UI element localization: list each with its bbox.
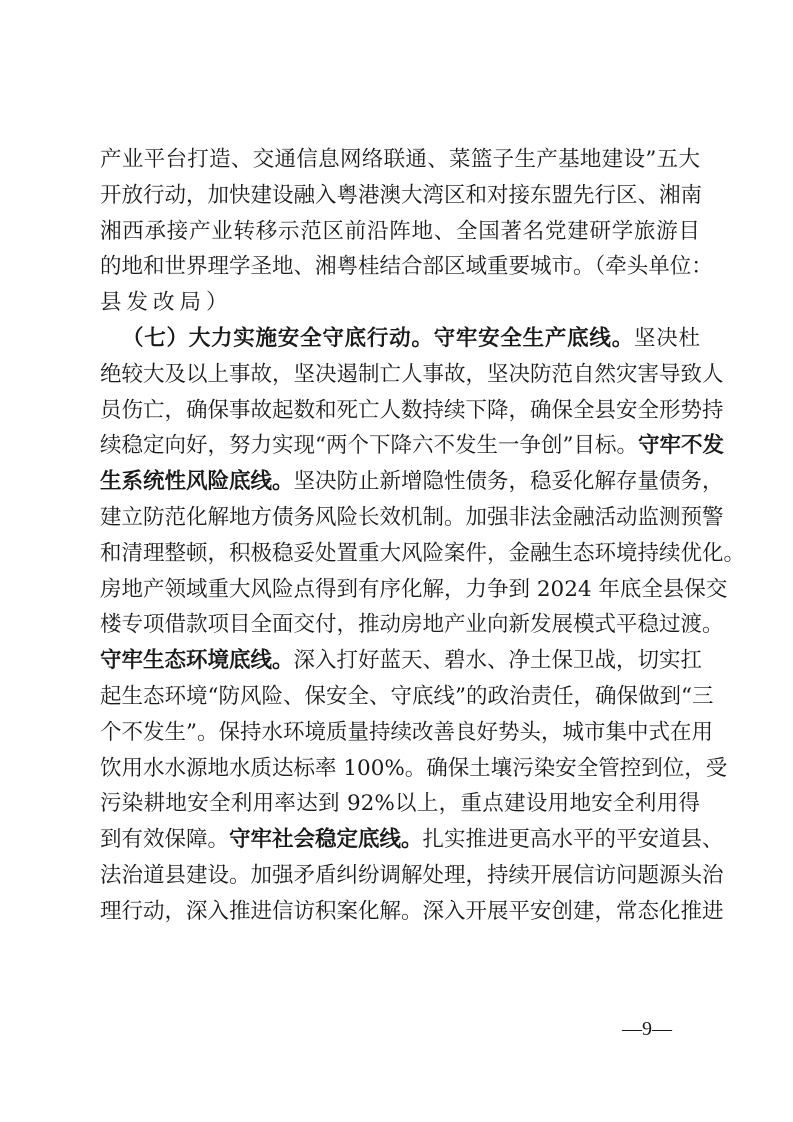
text-line: 湘西承接产业转移示范区前沿阵地、全国著名党建研学旅游目 bbox=[100, 214, 700, 250]
text-line: 续稳定向好，努力实现“两个下降六不发生一争创”目标。守牢不发 bbox=[100, 428, 700, 464]
text-line: 开放行动，加快建设融入粤港澳大湾区和对接东盟先行区、湘南 bbox=[100, 178, 700, 214]
text-run: 坚决防止新增隐性债务，稳妥化解存量债务， bbox=[294, 469, 724, 494]
text-line: 的地和世界理学圣地、湘粤桂结合部区域重要城市。（牵头单位： bbox=[100, 249, 700, 285]
text-line: 个不发生”。保持水环境质量持续改善良好势头，城市集中式在用 bbox=[100, 715, 700, 751]
text-line: 建立防范化解地方债务风险长效机制。加强非法金融活动监测预警 bbox=[100, 500, 700, 536]
text-line: 绝较大及以上事故，坚决遏制亡人事故，坚决防范自然灾害导致人 bbox=[100, 357, 700, 393]
text-line: 到有效保障。守牢社会稳定底线。扎实推进更高水平的平安道县、 bbox=[100, 822, 700, 858]
bold-heading: 守牢社会稳定底线。 bbox=[229, 827, 423, 852]
text-line: 和清理整顿，积极稳妥处置重大风险案件，金融生态环境持续优化。 bbox=[100, 536, 700, 572]
page-number: —9— bbox=[622, 1018, 672, 1041]
text-line: 理行动，深入推进信访积案化解。深入开展平安创建，常态化推进 bbox=[100, 894, 700, 930]
section-heading: （七）大力实施安全守底行动。守牢安全生产底线。 bbox=[122, 326, 634, 351]
text-run: 深入打好蓝天、碧水、净土保卫战，切实扛 bbox=[294, 648, 703, 673]
text-line: 起生态环境“防风险、保安全、守底线”的政治责任，确保做到“三 bbox=[100, 679, 700, 715]
text-line: 法治道县建设。加强矛盾纠纷调解处理，持续开展信访问题源头治 bbox=[100, 858, 700, 894]
bold-heading: 守牢生态环境底线。 bbox=[100, 648, 294, 673]
section-heading-line: （七）大力实施安全守底行动。守牢安全生产底线。坚决杜 bbox=[100, 321, 700, 357]
text-run: 到有效保障。 bbox=[100, 827, 229, 852]
bold-heading: 生系统性风险底线。 bbox=[100, 469, 294, 494]
text-line: 饮用水水源地水质达标率 100%。确保土壤污染安全管控到位，受 bbox=[100, 751, 700, 787]
text-line: 污染耕地安全利用率达到 92%以上，重点建设用地安全利用得 bbox=[100, 786, 700, 822]
document-body: 产业平台打造、交通信息网络联通、菜篮子生产基地建设”五大 开放行动，加快建设融入… bbox=[100, 142, 700, 930]
text-run: 扎实推进更高水平的平安道县、 bbox=[423, 827, 724, 852]
text-line: 员伤亡，确保事故起数和死亡人数持续下降，确保全县安全形势持 bbox=[100, 393, 700, 429]
bold-heading: 守牢不发 bbox=[638, 433, 724, 458]
text-line: 产业平台打造、交通信息网络联通、菜篮子生产基地建设”五大 bbox=[100, 142, 700, 178]
text-line: 房地产领域重大风险点得到有序化解，力争到 2024 年底全县保交 bbox=[100, 572, 700, 608]
text-line: 生系统性风险底线。坚决防止新增隐性债务，稳妥化解存量债务， bbox=[100, 464, 700, 500]
text-line: 县发改局） bbox=[100, 285, 700, 321]
text-run: 坚决杜 bbox=[634, 326, 700, 351]
text-line: 守牢生态环境底线。深入打好蓝天、碧水、净土保卫战，切实扛 bbox=[100, 643, 700, 679]
text-run: 续稳定向好，努力实现“两个下降六不发生一争创”目标。 bbox=[100, 433, 638, 458]
text-line: 楼专项借款项目全面交付，推动房地产业向新发展模式平稳过渡。 bbox=[100, 607, 700, 643]
